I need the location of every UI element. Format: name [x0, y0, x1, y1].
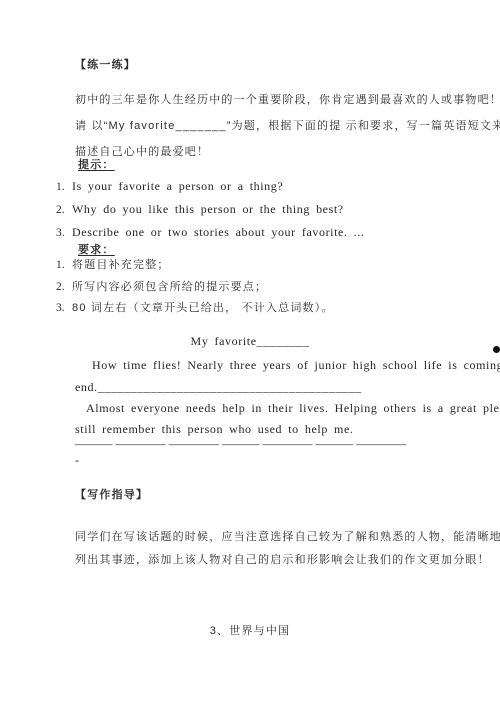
prompt-text: Why do you like this person or the thing…	[72, 202, 344, 217]
practice-heading: 【练一练】	[75, 56, 136, 72]
prompt-item: 1. Is your favorite a person or a thing?	[56, 179, 283, 194]
guide-line: 同学们在写该话题的时候，应当注意选择自己较为了解和熟悉的人物，能清晰地	[75, 528, 500, 544]
document-page: 【练一练】 初中的三年是你人生经历中的一个重要阶段，你肯定遇到最喜欢的人或事物吧…	[0, 0, 500, 707]
requirements-label: 要求：	[78, 241, 115, 257]
prompt-number: 1.	[56, 181, 72, 193]
requirement-item: 3. 80 词左右（文章开头已给出， 不计入总词数）。	[56, 299, 334, 315]
requirement-number: 1.	[56, 259, 72, 271]
intro-line: 请 以“My favorite_______”为题，根据下面的提 示和要求，写一…	[75, 117, 500, 133]
essay-dash-line: ——— ———— ———— ——— ———— ——— ————	[75, 437, 406, 452]
prompt-item: 2. Why do you like this person or the th…	[56, 202, 344, 217]
requirement-number: 3.	[56, 302, 72, 314]
essay-line: How time flies! Nearly three years of ju…	[92, 358, 500, 373]
essay-trailing-hyphen: -	[75, 453, 80, 468]
guide-line: 列出其事迹，添加上该人物对自己的启示和形影响会让我们的作文更加分眼！	[75, 551, 490, 567]
requirement-number: 2.	[56, 281, 72, 293]
requirement-item: 1. 将题目补充完整；	[56, 256, 170, 272]
requirement-item: 2. 所写内容必须包含所给的提示要点；	[56, 278, 267, 294]
footer-label: 3、世界与中国	[0, 622, 500, 638]
requirement-text: 所写内容必须包含所给的提示要点；	[72, 278, 267, 294]
guide-heading: 【写作指导】	[75, 486, 148, 502]
prompt-number: 3.	[56, 227, 72, 239]
essay-line: Almost everyone needs help in their live…	[86, 401, 500, 416]
prompt-item: 3. Describe one or two stories about you…	[56, 225, 364, 240]
prompt-number: 2.	[56, 204, 72, 216]
essay-line: still remember this person who used to h…	[75, 422, 354, 437]
requirement-text: 80 词左右（文章开头已给出， 不计入总词数）。	[72, 299, 334, 315]
essay-title: My favorite________	[0, 334, 500, 349]
prompt-text: Describe one or two stories about your f…	[72, 225, 364, 240]
margin-dot	[493, 346, 500, 353]
prompt-text: Is your favorite a person or a thing?	[72, 179, 283, 194]
requirement-text: 将题目补充完整；	[72, 256, 170, 272]
essay-line: end.____________________________________…	[75, 380, 362, 395]
prompts-label: 提示：	[78, 156, 115, 172]
intro-line: 初中的三年是你人生经历中的一个重要阶段，你肯定遇到最喜欢的人或事物吧！	[75, 91, 500, 107]
